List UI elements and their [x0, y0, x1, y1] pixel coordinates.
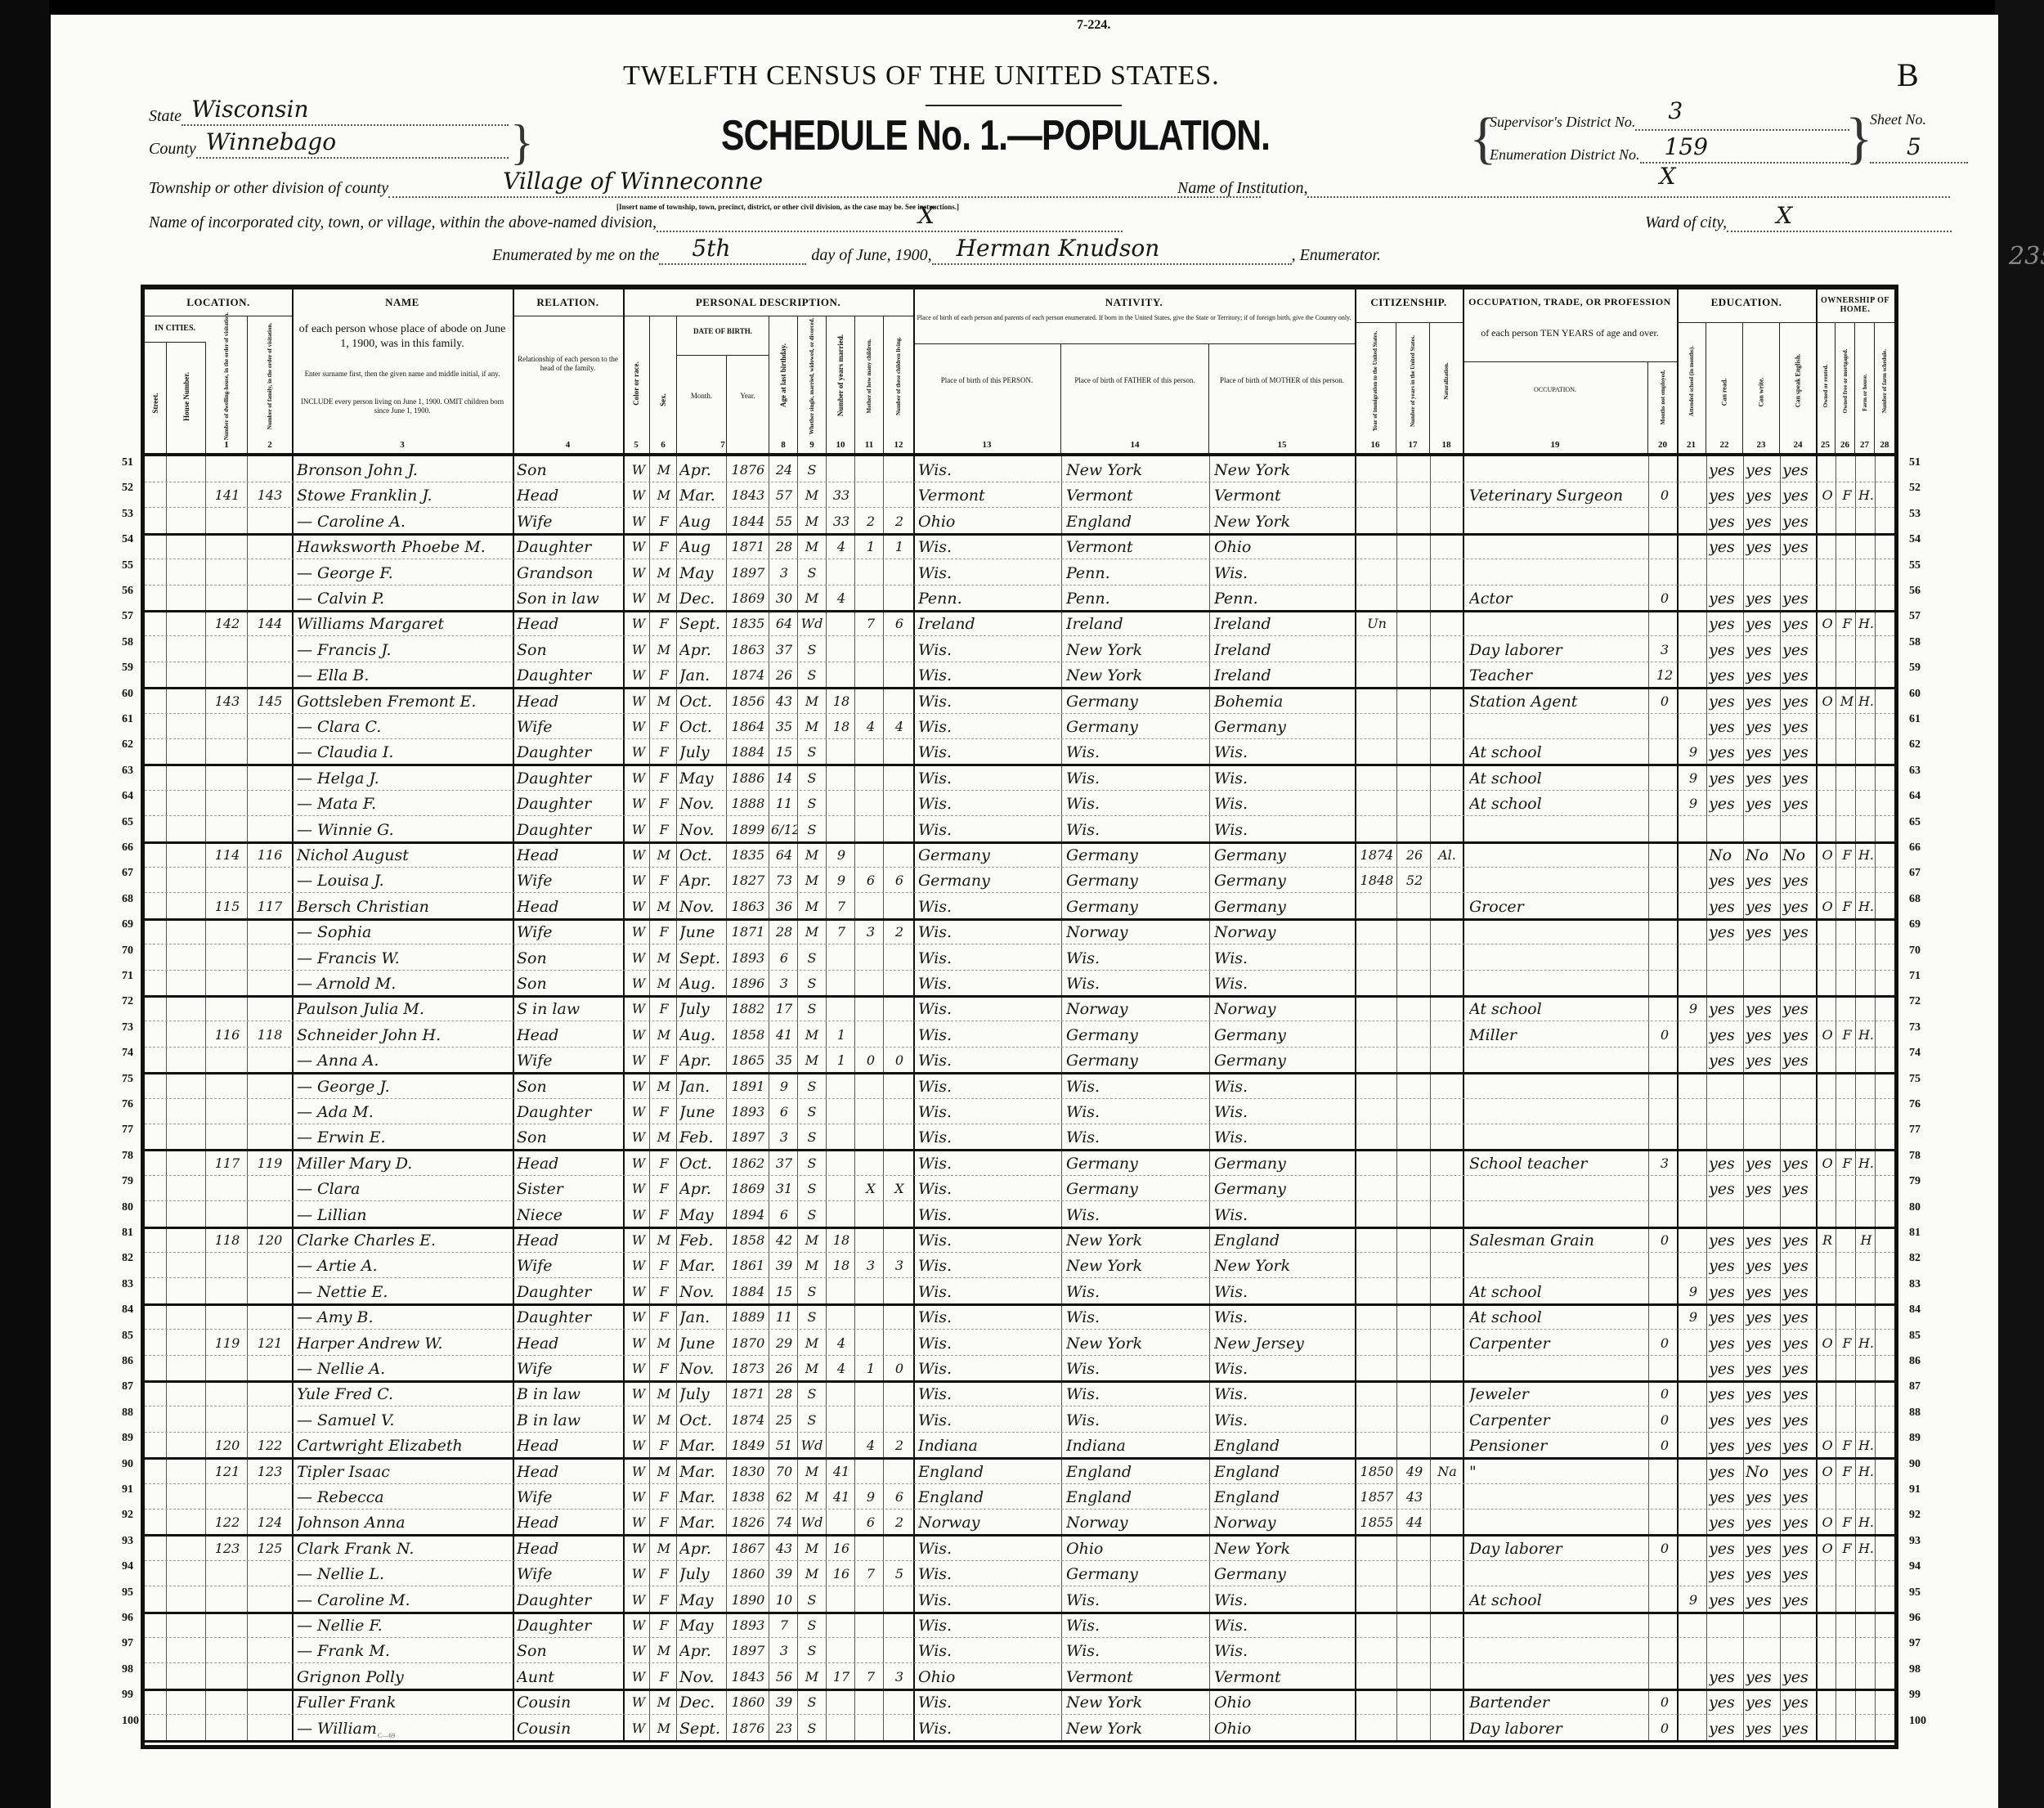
- sex-cell: F: [653, 816, 675, 841]
- family-number-cell: [249, 1663, 290, 1689]
- sex-cell: M: [653, 970, 675, 995]
- birth-year-cell: 1890: [728, 1586, 768, 1612]
- birthplace-mother-cell: Wis.: [1214, 1380, 1353, 1406]
- birth-month-cell: Aug: [679, 533, 725, 559]
- relation-cell: Son: [517, 456, 621, 482]
- marital-status-cell: M: [799, 508, 825, 533]
- age-cell: 3: [771, 1124, 797, 1149]
- owned-rented-cell: O: [1819, 1330, 1836, 1355]
- months-unemployed-cell: [1653, 765, 1676, 790]
- dwelling-number-cell: 114: [208, 841, 246, 867]
- can-write-cell: [1746, 970, 1780, 995]
- birthplace-person-cell: Wis.: [918, 1560, 1060, 1586]
- color-race-cell: W: [629, 1175, 648, 1200]
- can-write-cell: yes: [1746, 1330, 1780, 1355]
- years-married-cell: [828, 995, 854, 1021]
- months-unemployed-cell: 0: [1653, 1535, 1676, 1560]
- birth-month-cell: Oct.: [679, 1150, 725, 1175]
- birth-year-cell: 1856: [728, 688, 768, 713]
- relation-cell: Head: [517, 610, 621, 635]
- birth-month-cell: Mar.: [679, 1483, 725, 1509]
- color-race-cell: W: [629, 790, 648, 815]
- line-number: 74: [1909, 1047, 1921, 1060]
- line-number: 55: [1909, 559, 1921, 572]
- person-name-cell: — George F.: [297, 559, 511, 585]
- mother-of-children-cell: [859, 765, 882, 790]
- immigration-year-cell: [1357, 1355, 1396, 1380]
- age-cell: 41: [771, 1021, 797, 1047]
- sex-cell: M: [653, 1689, 675, 1714]
- person-name-cell: — Ada M.: [297, 1098, 511, 1124]
- owned-free-mortgaged-cell: [1839, 867, 1855, 892]
- farm-or-house-cell: H.: [1858, 1021, 1875, 1047]
- marital-status-cell: M: [799, 1355, 825, 1380]
- marital-status-cell: M: [799, 1483, 825, 1509]
- family-number-cell: [249, 1073, 290, 1098]
- farm-or-house-cell: [1858, 1252, 1875, 1277]
- immigration-year-cell: [1357, 1124, 1396, 1149]
- line-number: 60: [1909, 688, 1921, 701]
- school-months-cell: [1682, 1458, 1705, 1483]
- family-number-cell: [249, 816, 290, 841]
- naturalization-cell: [1432, 1303, 1462, 1329]
- birth-year-cell: 1873: [728, 1355, 768, 1380]
- birth-month-cell: July: [679, 1560, 725, 1586]
- owned-free-mortgaged-cell: [1839, 636, 1855, 662]
- birthplace-father-cell: Wis.: [1066, 1073, 1208, 1098]
- can-read-cell: yes: [1709, 1586, 1743, 1612]
- can-read-cell: yes: [1709, 1175, 1743, 1200]
- line-number-left: 83: [122, 1278, 133, 1291]
- color-race-cell: W: [629, 1124, 648, 1149]
- table-row: 141143Stowe Franklin J.HeadWMMar.184357M…: [145, 482, 1894, 508]
- dwelling-number-cell: 143: [208, 688, 246, 713]
- scan-border-left: [0, 0, 49, 1808]
- years-in-us-cell: 26: [1399, 841, 1430, 867]
- color-race-cell: W: [629, 1380, 648, 1406]
- immigration-year-cell: [1357, 1689, 1396, 1714]
- relation-cell: Wife: [517, 1047, 621, 1072]
- can-write-cell: yes: [1746, 1355, 1780, 1380]
- family-number-cell: 125: [249, 1535, 290, 1560]
- years-in-us-cell: [1399, 1252, 1430, 1277]
- school-months-cell: [1682, 841, 1705, 867]
- family-number-cell: 117: [249, 893, 290, 918]
- marital-status-cell: S: [799, 1715, 825, 1740]
- birth-month-cell: Apr.: [679, 1175, 725, 1200]
- farm-or-house-cell: H.: [1858, 482, 1875, 507]
- marital-col: Whether single, married, widowed, or div…: [798, 316, 827, 453]
- immigration-year-cell: [1357, 713, 1396, 738]
- owned-free-mortgaged-cell: [1839, 944, 1855, 970]
- can-write-cell: yes: [1746, 1483, 1780, 1509]
- birthplace-father-cell: Ireland: [1066, 610, 1208, 635]
- children-living-cell: [887, 765, 912, 790]
- family-number-cell: [249, 1124, 290, 1149]
- can-read-cell: yes: [1709, 1252, 1743, 1277]
- owned-rented-cell: O: [1819, 1021, 1836, 1047]
- birthplace-mother-cell: Wis.: [1214, 1612, 1353, 1637]
- enumeration-district-value: 159: [1665, 133, 1708, 160]
- color-race-cell: W: [629, 918, 648, 944]
- birthplace-mother-cell: Germany: [1214, 1150, 1353, 1175]
- occupation-cell: Carpenter: [1469, 1406, 1647, 1432]
- table-row: 114116Nichol AugustHeadWMOct.183564M9Ger…: [145, 841, 1894, 868]
- can-read-cell: yes: [1709, 765, 1743, 790]
- farm-or-house-cell: [1858, 533, 1875, 559]
- school-months-cell: [1682, 867, 1705, 892]
- children-living-cell: [887, 1098, 912, 1124]
- immigration-year-cell: 1855: [1357, 1509, 1396, 1534]
- dwelling-number-cell: 118: [208, 1227, 246, 1252]
- years-in-us-cell: [1399, 1586, 1430, 1612]
- naturalization-cell: [1432, 1509, 1462, 1534]
- years-in-us-cell: [1399, 1124, 1430, 1149]
- can-speak-english-cell: yes: [1782, 995, 1815, 1021]
- dwelling-number-cell: [208, 1098, 246, 1124]
- color-race-cell: W: [629, 1227, 648, 1252]
- line-number-left: 64: [122, 790, 133, 803]
- dwelling-number-cell: [208, 1689, 246, 1714]
- owned-free-mortgaged-cell: [1839, 1406, 1855, 1432]
- owned-rented-cell: [1819, 970, 1836, 995]
- mother-of-children-cell: [859, 688, 882, 713]
- can-speak-english-cell: yes: [1782, 1252, 1815, 1277]
- sex-cell: F: [653, 1175, 675, 1200]
- line-number-left: 63: [122, 765, 133, 778]
- line-number: 61: [1909, 713, 1921, 726]
- relation-cell: Wife: [517, 1483, 621, 1509]
- dwelling-number-cell: 123: [208, 1535, 246, 1560]
- owned-free-mortgaged-cell: [1839, 1380, 1855, 1406]
- birth-month-cell: May: [679, 1586, 725, 1612]
- can-read-cell: yes: [1709, 867, 1743, 892]
- table-row: — Claudia I.DaughterWFJuly188415SWis.Wis…: [145, 738, 1894, 766]
- birthplace-person-cell: Wis.: [918, 1535, 1060, 1560]
- occupation-cell: [1469, 1047, 1647, 1072]
- owned-free-mortgaged-cell: [1839, 1073, 1855, 1098]
- color-race-cell: W: [629, 816, 648, 841]
- can-speak-english-cell: yes: [1782, 1355, 1815, 1380]
- birth-month-cell: July: [679, 738, 725, 764]
- person-name-cell: Cartwright Elizabeth: [297, 1432, 511, 1457]
- color-race-cell: W: [629, 1483, 648, 1509]
- person-name-cell: — Calvin P.: [297, 585, 511, 610]
- table-row: — Louisa J.WifeWFApr.182773M966GermanyGe…: [145, 867, 1894, 893]
- sex-cell: M: [653, 1715, 675, 1740]
- marital-status-cell: S: [799, 1586, 825, 1612]
- sex-cell: M: [653, 559, 675, 585]
- line-number: 83: [1909, 1278, 1921, 1291]
- can-write-cell: yes: [1746, 533, 1780, 559]
- years-married-cell: [828, 765, 854, 790]
- can-write-cell: yes: [1746, 1560, 1780, 1586]
- birthplace-person-cell: Wis.: [918, 944, 1060, 970]
- owned-rented-cell: [1819, 1560, 1836, 1586]
- dwelling-number-cell: 120: [208, 1432, 246, 1457]
- can-speak-english-cell: [1782, 1612, 1815, 1637]
- family-number-cell: [249, 508, 290, 533]
- dwelling-number-cell: [208, 765, 246, 790]
- can-read-cell: yes: [1709, 1047, 1743, 1072]
- can-speak-english-cell: yes: [1782, 1303, 1815, 1329]
- sex-cell: F: [653, 1483, 675, 1509]
- can-write-cell: [1746, 1637, 1780, 1662]
- dwelling-number-cell: [208, 790, 246, 815]
- immigration-year-cell: [1357, 688, 1396, 713]
- school-months-cell: [1682, 508, 1705, 533]
- owned-free-mortgaged-cell: F: [1839, 1535, 1855, 1560]
- naturalization-cell: [1432, 1124, 1462, 1149]
- family-number-cell: [249, 1689, 290, 1714]
- age-cell: 6: [771, 1201, 797, 1227]
- birthplace-person-cell: Wis.: [918, 1637, 1060, 1662]
- relation-cell: Daughter: [517, 1098, 621, 1124]
- can-write-col: Can write.23: [1743, 322, 1780, 453]
- line-number-left: 93: [122, 1535, 133, 1548]
- sex-cell: F: [653, 1663, 675, 1689]
- immigration-year-cell: [1357, 918, 1396, 944]
- children-living-cell: 2: [887, 918, 912, 944]
- years-in-us-cell: [1399, 1047, 1430, 1072]
- can-read-cell: No: [1709, 841, 1743, 867]
- school-months-cell: [1682, 1227, 1705, 1252]
- relation-cell: Grandson: [517, 559, 621, 585]
- months-unemployed-cell: [1653, 1278, 1676, 1303]
- owned-free-mortgaged-cell: [1839, 1586, 1855, 1612]
- sex-cell: M: [653, 944, 675, 970]
- owned-rented-cell: [1819, 944, 1836, 970]
- years-married-cell: 9: [828, 841, 854, 867]
- occupation-cell: [1469, 533, 1647, 559]
- birthplace-father-cell: Norway: [1066, 1509, 1208, 1534]
- owned-rented-cell: [1819, 533, 1836, 559]
- birth-month-cell: July: [679, 1380, 725, 1406]
- dwelling-number-cell: 119: [208, 1330, 246, 1355]
- birthplace-father-cell: Wis.: [1066, 1201, 1208, 1227]
- line-number-left: 61: [122, 713, 133, 726]
- birth-month-cell: Aug: [679, 508, 725, 533]
- line-number-left: 98: [122, 1663, 133, 1676]
- can-read-cell: yes: [1709, 995, 1743, 1021]
- months-unemployed-cell: [1653, 1509, 1676, 1534]
- owned-free-mortgaged-cell: [1839, 559, 1855, 585]
- line-number: 81: [1909, 1227, 1921, 1240]
- person-name-cell: Yule Fred C.: [297, 1380, 511, 1406]
- occupation-cell: Pensioner: [1469, 1432, 1647, 1457]
- attended-school-col: Attended school (in months).21: [1677, 322, 1706, 453]
- mother-of-children-cell: [859, 790, 882, 815]
- birthplace-mother-cell: Ohio: [1214, 533, 1353, 559]
- relation-cell: Head: [517, 841, 621, 867]
- occupation-cell: [1469, 1663, 1647, 1689]
- sex-cell: M: [653, 482, 675, 507]
- sex-cell: M: [653, 1227, 675, 1252]
- birthplace-person-cell: Germany: [918, 867, 1060, 892]
- can-write-cell: No: [1746, 841, 1780, 867]
- sex-cell: F: [653, 765, 675, 790]
- family-number-cell: 121: [249, 1330, 290, 1355]
- age-cell: 35: [771, 1047, 797, 1072]
- can-write-cell: yes: [1746, 482, 1780, 507]
- sex-cell: M: [653, 1406, 675, 1432]
- birthplace-mother-cell: New York: [1214, 1535, 1353, 1560]
- age-cell: 62: [771, 1483, 797, 1509]
- children-living-cell: [887, 944, 912, 970]
- age-cell: 23: [771, 1715, 797, 1740]
- line-number-left: 60: [122, 688, 133, 701]
- relation-cell: Son: [517, 1637, 621, 1662]
- years-in-us-cell: [1399, 1021, 1430, 1047]
- can-read-cell: yes: [1709, 790, 1743, 815]
- line-number-left: 88: [122, 1406, 133, 1420]
- school-months-cell: [1682, 1047, 1705, 1072]
- relation-cell: Son: [517, 970, 621, 995]
- line-number-left: 86: [122, 1355, 133, 1368]
- children-living-cell: [887, 1124, 912, 1149]
- children-living-cell: [887, 482, 912, 507]
- birthplace-mother-cell: Vermont: [1214, 482, 1353, 507]
- can-write-cell: yes: [1746, 1535, 1780, 1560]
- birth-year-cell: 1870: [728, 1330, 768, 1355]
- school-months-cell: 9: [1682, 765, 1705, 790]
- children-living-cell: [887, 662, 912, 687]
- color-race-cell: W: [629, 482, 648, 507]
- naturalization-cell: [1432, 1201, 1462, 1227]
- years-married-cell: [828, 790, 854, 815]
- years-married-cell: 4: [828, 533, 854, 559]
- months-unemployed-cell: 12: [1653, 662, 1676, 687]
- birthplace-mother-cell: Germany: [1214, 1021, 1353, 1047]
- mother-of-children-cell: [859, 995, 882, 1021]
- person-name-cell: Grignon Polly: [297, 1663, 511, 1689]
- immigration-year-cell: 1848: [1357, 867, 1396, 892]
- years-married-cell: 33: [828, 508, 854, 533]
- marital-status-cell: M: [799, 1663, 825, 1689]
- birthplace-mother-cell: Wis.: [1214, 1637, 1353, 1662]
- birthplace-person-cell: Wis.: [918, 816, 1060, 841]
- relation-cell: Cousin: [517, 1689, 621, 1714]
- dwelling-number-cell: [208, 1278, 246, 1303]
- months-unemployed-cell: [1653, 533, 1676, 559]
- table-row: — Nellie L.WifeWFJuly186039M1675Wis.Germ…: [145, 1560, 1894, 1586]
- relation-cell: S in law: [517, 995, 621, 1021]
- months-unemployed-cell: [1653, 790, 1676, 815]
- birth-year-cell: 1844: [728, 508, 768, 533]
- age-cell: 6: [771, 944, 797, 970]
- months-unemployed-cell: 3: [1653, 1150, 1676, 1175]
- line-number-left: 68: [122, 893, 133, 906]
- relation-cell: Head: [517, 1021, 621, 1047]
- mother-of-children-cell: [859, 841, 882, 867]
- months-unemployed-cell: [1653, 610, 1676, 635]
- family-number-cell: [249, 1560, 290, 1586]
- birthplace-mother-cell: Wis.: [1214, 816, 1353, 841]
- line-number-left: 94: [122, 1560, 133, 1573]
- birthplace-mother-cell: Germany: [1214, 893, 1353, 918]
- person-name-cell: — Francis J.: [297, 636, 511, 662]
- owned-rented-cell: [1819, 662, 1836, 687]
- relation-cell: Son: [517, 636, 621, 662]
- children-living-cell: [887, 1586, 912, 1612]
- mother-of-children-cell: 4: [859, 1432, 882, 1457]
- sex-cell: F: [653, 1432, 675, 1457]
- months-unemployed-cell: [1653, 893, 1676, 918]
- incorporated-value: X: [918, 202, 935, 229]
- school-months-cell: 9: [1682, 1586, 1705, 1612]
- dwelling-number-cell: 122: [208, 1509, 246, 1534]
- family-number-cell: [249, 713, 290, 738]
- dwelling-number-cell: [208, 1612, 246, 1637]
- can-speak-english-cell: yes: [1782, 1535, 1815, 1560]
- can-speak-english-cell: [1782, 559, 1815, 585]
- marital-status-cell: M: [799, 533, 825, 559]
- birthplace-mother-cell: Germany: [1214, 841, 1353, 867]
- owned-rented-cell: [1819, 1715, 1836, 1740]
- years-in-us-cell: [1399, 662, 1430, 687]
- table-row: 116118Schneider John H.HeadWMAug.185841M…: [145, 1021, 1894, 1048]
- can-speak-english-cell: [1782, 1073, 1815, 1098]
- owned-rented-cell: [1819, 918, 1836, 944]
- owned-free-mortgaged-cell: F: [1839, 610, 1855, 635]
- marital-status-cell: S: [799, 1278, 825, 1303]
- dwelling-number-cell: [208, 1663, 246, 1689]
- line-number: 92: [1909, 1509, 1921, 1522]
- line-number: 88: [1909, 1406, 1921, 1420]
- owned-free-mortgaged-cell: [1839, 533, 1855, 559]
- marital-status-cell: S: [799, 662, 825, 687]
- family-number-cell: [249, 636, 290, 662]
- naturalization-cell: [1432, 559, 1462, 585]
- months-unemployed-cell: [1653, 944, 1676, 970]
- occupation-cell: At school: [1469, 738, 1647, 764]
- children-living-cell: [887, 970, 912, 995]
- children-living-cell: 5: [887, 1560, 912, 1586]
- mother-of-children-cell: [859, 1021, 882, 1047]
- birthplace-mother-cell: New York: [1214, 1252, 1353, 1277]
- table-row: 119121Harper Andrew W.HeadWMJune187029M4…: [145, 1330, 1894, 1356]
- relation-cell: Daughter: [517, 765, 621, 790]
- family-number-cell: [249, 1047, 290, 1072]
- can-read-cell: [1709, 1124, 1743, 1149]
- immigration-year-cell: [1357, 944, 1396, 970]
- birthplace-person-cell: Wis.: [918, 1252, 1060, 1277]
- color-race-cell: W: [629, 662, 648, 687]
- birthplace-father-cell: Vermont: [1066, 533, 1208, 559]
- birthplace-person-cell: Wis.: [918, 713, 1060, 738]
- birth-month-cell: Sept.: [679, 1715, 725, 1740]
- person-name-cell: — Nettie E.: [297, 1278, 511, 1303]
- can-write-cell: yes: [1746, 1303, 1780, 1329]
- line-number: 59: [1909, 662, 1921, 675]
- line-number-left: 75: [122, 1073, 133, 1086]
- mother-of-children-cell: 3: [859, 1252, 882, 1277]
- person-name-cell: — Caroline M.: [297, 1586, 511, 1612]
- children-living-cell: [887, 1303, 912, 1329]
- years-in-us-cell: [1399, 1637, 1430, 1662]
- occupation-cell: Day laborer: [1469, 1535, 1647, 1560]
- birthplace-mother-cell: Wis.: [1214, 1098, 1353, 1124]
- birthplace-father-cell: Germany: [1066, 1175, 1208, 1200]
- can-read-cell: yes: [1709, 456, 1743, 482]
- person-name-cell: — Arnold M.: [297, 970, 511, 995]
- institution-field: Name of Institution, X: [1177, 178, 1950, 198]
- dwelling-number-cell: [208, 713, 246, 738]
- farm-or-house-cell: [1858, 1278, 1875, 1303]
- footer-code: C—69: [378, 1732, 395, 1739]
- years-in-us-cell: [1399, 636, 1430, 662]
- brace: }: [510, 114, 534, 171]
